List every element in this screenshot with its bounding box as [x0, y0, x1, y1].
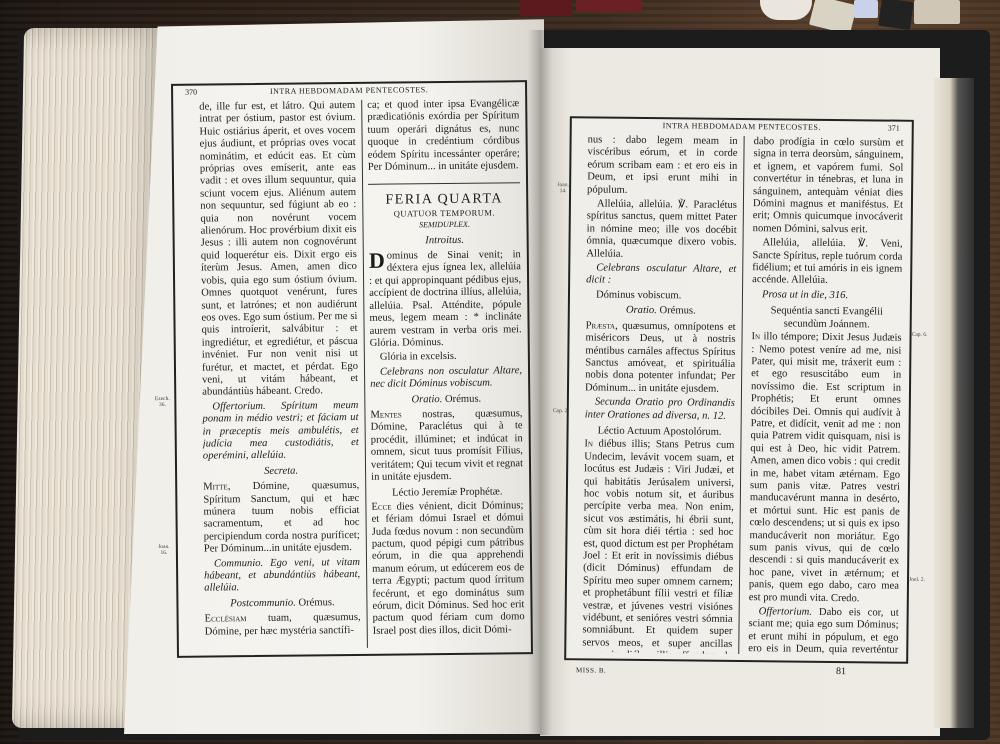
printer-signature: MISS. B. — [576, 666, 606, 674]
secret-label: Secreta. — [203, 465, 359, 479]
secret: Mitte, Dómine, quæsumus, Spíritum Sanctu… — [203, 480, 360, 556]
lesson-initial: In — [584, 439, 593, 450]
gospel-text: illo témpore; Dixit Jesus Judæis : Nemo … — [749, 331, 902, 604]
right-text-frame: 371 INTRA HEBDOMADAM PENTECOSTES. Joan. … — [564, 116, 914, 664]
second-oratio-rubric: Secunda Oratio pro Ordinandis inter Orat… — [585, 397, 735, 423]
celebrant-rubric: Celebrans osculatur Altare, et dicit : — [586, 262, 736, 288]
postcommunion-oremus: Orémus. — [298, 597, 334, 608]
background-objects — [490, 0, 1000, 34]
left-column-a: de, ille fur est, et látro. Qui autem in… — [199, 100, 368, 650]
alleluia: Allelúia, allelúia. ℣. Veni, Sancte Spír… — [752, 237, 903, 288]
lesson-title: Léctio Jeremíæ Prophétæ. — [371, 487, 523, 501]
celebrant-rubric: Celebrans non osculatur Altare, nec dici… — [370, 365, 522, 391]
right-column-b: dabo prodígia in cœlo sursùm et signa in… — [746, 136, 903, 656]
oratio-oremus: Orémus. — [659, 305, 695, 316]
prayer-end: ca; et quod inter ipsa Evangélicæ prædic… — [367, 98, 520, 174]
secret-initial: Mitte — [203, 481, 228, 492]
introit-text: ominus de Sinai venit; in déxtera ejus í… — [369, 249, 522, 348]
margin-note: Joan. 14. — [555, 182, 571, 194]
feast-rank: SEMIDUPLEX. — [368, 218, 520, 232]
margin-note: Joel. 2. — [909, 577, 925, 583]
margin-note: Ezech. 36. — [154, 396, 170, 408]
gospel-title-2: secundùm Joánnem. — [752, 318, 902, 332]
oratio-oremus: Orémus. — [445, 393, 481, 404]
introit-initial: D — [369, 251, 385, 271]
sheet-number: 81 — [836, 666, 846, 677]
lesson: Ecce dies vénient, dicit Dóminus; et fér… — [371, 500, 524, 638]
left-text-frame: 370 INTRA HEBDOMADAM PENTECOSTES. Ezech.… — [171, 80, 533, 658]
margin-note: Joan. 16. — [156, 544, 172, 556]
postcommunion-initial: Ecclésiam — [205, 613, 247, 624]
communion-label: Communio. — [214, 558, 263, 570]
red-book — [520, 0, 572, 16]
oratio: Præsta, quæsumus, omnípotens et misérico… — [585, 320, 736, 396]
offertory: Offertorium. Dabo eis cor, ut sciant me;… — [748, 606, 899, 656]
lesson-text: dies vénient, dicit Dóminus; et fériam d… — [372, 500, 525, 637]
oratio-initial: Mentes — [370, 409, 401, 420]
running-head: INTRA HEBDOMADAM PENTECOSTES. — [173, 84, 525, 100]
lesson-initial: Ecce — [371, 501, 391, 512]
right-column-a: nus : dabo legem meam in viscéribus eóru… — [582, 134, 744, 654]
lesson-end: nus : dabo legem meam in viscéribus eóru… — [587, 134, 738, 198]
oratio: Mentes nostras, quæsumus, Dómine, Paracl… — [370, 408, 523, 484]
communion: Communio. Ego veni, ut vitam hábeant, et… — [204, 557, 360, 596]
offertory-label: Offertorium. — [759, 606, 812, 618]
postcommunion-heading: Postcommunio. Orémus. — [204, 597, 360, 611]
postcommunion: Ecclésiam tuam, quæsumus, Dómine, per hæ… — [205, 612, 361, 638]
prosa-rubric: Prosa ut in die, 316. — [752, 289, 902, 303]
oratio-label: Oratio. — [626, 305, 657, 316]
margin-note: Cap. 2. — [553, 408, 569, 414]
offertory: Offertorium. Spíritum meum ponam in médi… — [202, 400, 359, 464]
beige-box — [914, 0, 960, 24]
oratio-initial: Præsta — [586, 320, 616, 331]
lesson: In diébus illis; Stans Petrus cum Undeci… — [582, 439, 734, 654]
running-head: INTRA HEBDOMADAM PENTECOSTES. — [572, 120, 912, 136]
small-can — [854, 0, 878, 18]
gloria: Glória in excelsis. — [370, 351, 522, 365]
postcommunion-label: Postcommunio. — [230, 597, 296, 609]
alleluia: Allelúia, allelúia. ℣. Paraclétus spírit… — [586, 198, 737, 262]
gospel-initial: In — [752, 331, 761, 342]
lesson-title: Léctio Actuum Apostolórum. — [584, 425, 734, 439]
dominus-vobiscum: Dóminus vobiscum. — [586, 289, 736, 303]
gospel: In illo témpore; Dixit Jesus Judæis : Ne… — [749, 331, 902, 605]
gospel-text: de, ille fur est, et látro. Qui autem in… — [199, 100, 358, 399]
oratio-heading: Oratio. Orémus. — [586, 305, 736, 319]
oratio-label: Oratio. — [411, 394, 442, 405]
oratio-heading: Oratio. Orémus. — [370, 393, 522, 407]
margin-note: Cap. 6. — [912, 332, 928, 338]
red-book — [576, 0, 642, 12]
black-box — [878, 0, 914, 30]
right-page-edges — [934, 78, 974, 728]
gospel-title-1: Sequéntia sancti Evangélii — [752, 305, 902, 319]
offertory-label: Offertorium. — [212, 401, 265, 413]
feast-title: FERIA QUARTA — [368, 183, 520, 208]
lesson-text: diébus illis; Stans Petrus cum Undecim, … — [582, 439, 734, 654]
lesson-continued: dabo prodígia in cœlo sursùm et signa in… — [753, 136, 904, 237]
left-column-b: ca; et quod inter ipsa Evangélicæ prædic… — [365, 98, 525, 648]
white-tin — [760, 0, 812, 20]
introit-label: Introitus. — [369, 234, 521, 248]
introit: Dominus de Sinai venit; in déxtera ejus … — [369, 249, 522, 350]
